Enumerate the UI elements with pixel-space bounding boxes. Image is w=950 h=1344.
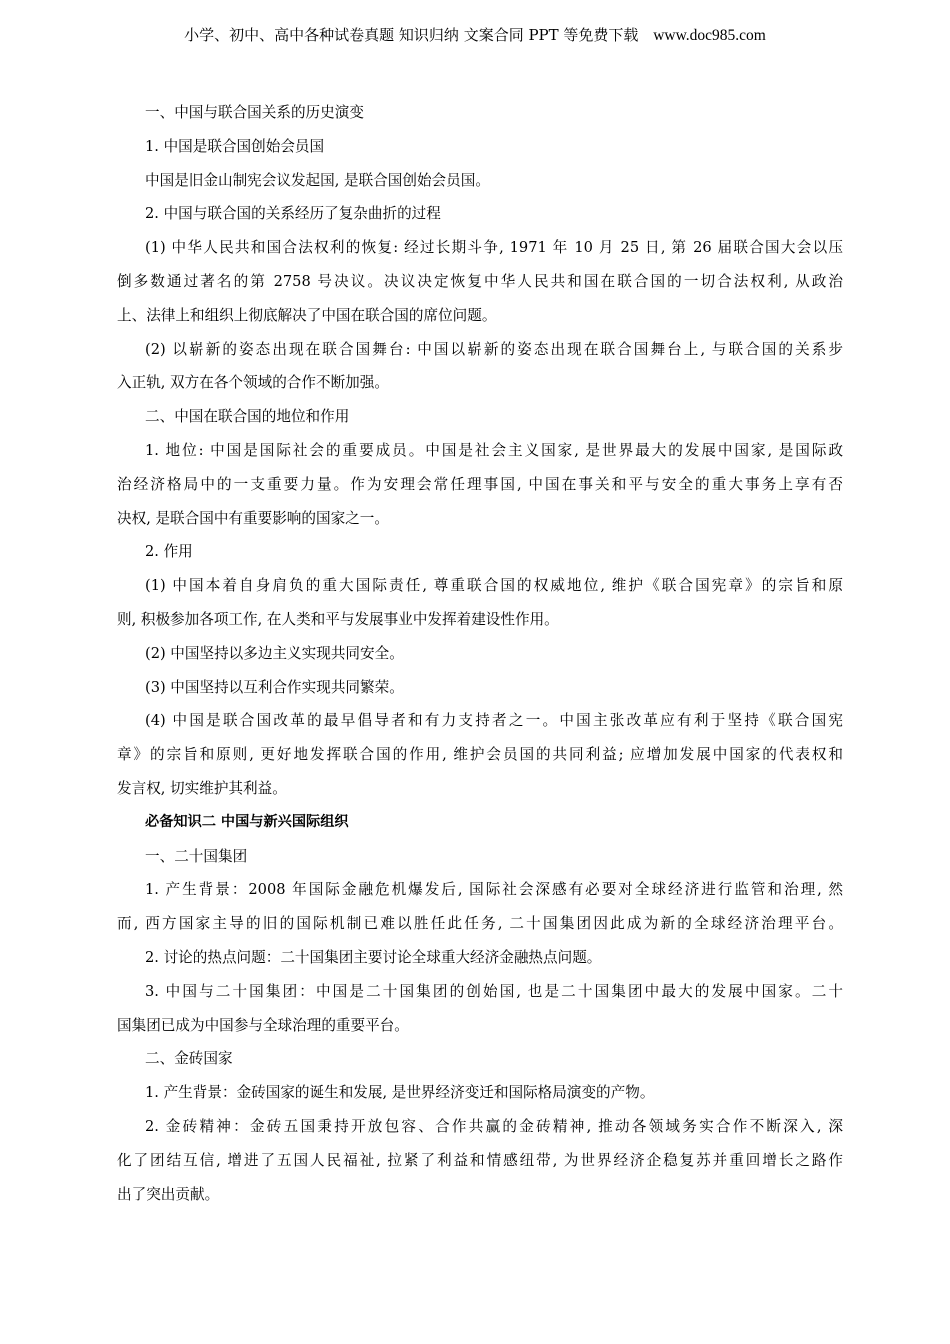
text-line: (2) 中国坚持以多边主义实现共同安全。 bbox=[117, 637, 843, 671]
text-line: 而, 西方国家主导的旧的国际机制已难以胜任此任务, 二十国集团因此成为新的全球经… bbox=[117, 907, 843, 941]
text-line: 3. 中国与二十国集团：中国是二十国集团的创始国, 也是二十国集团中最大的发展中… bbox=[117, 975, 843, 1009]
text-line: 1. 中国是联合国创始会员国 bbox=[117, 130, 843, 164]
text-line: 化了团结互信, 增进了五国人民福祉, 拉紧了利益和情感纽带, 为世界经济企稳复苏… bbox=[117, 1144, 843, 1178]
text-line: 二、中国在联合国的地位和作用 bbox=[117, 400, 843, 434]
text-line: 1. 地位: 中国是国际社会的重要成员。中国是社会主义国家, 是世界最大的发展中… bbox=[117, 434, 843, 468]
page-header: 小学、初中、高中各种试卷真题 知识归纳 文案合同 PPT 等免费下载 www.d… bbox=[0, 24, 950, 45]
header-banner: 小学、初中、高中各种试卷真题 知识归纳 文案合同 PPT 等免费下载 bbox=[184, 26, 638, 44]
text-line: 治经济格局中的一支重要力量。作为安理会常任理事国, 中国在事关和平与安全的重大事… bbox=[117, 468, 843, 502]
text-line: 则, 积极参加各项工作, 在人类和平与发展事业中发挥着建设性作用。 bbox=[117, 603, 843, 637]
text-line: 入正轨, 双方在各个领域的合作不断加强。 bbox=[117, 366, 843, 400]
text-line: 章》的宗旨和原则, 更好地发挥联合国的作用, 维护会员国的共同利益; 应增加发展… bbox=[117, 738, 843, 772]
document-body: 一、中国与联合国关系的历史演变1. 中国是联合国创始会员国中国是旧金山制宪会议发… bbox=[117, 96, 843, 1211]
section-heading: 必备知识二 中国与新兴国际组织 bbox=[117, 806, 843, 840]
text-line: 1. 产生背景：金砖国家的诞生和发展, 是世界经济变迁和国际格局演变的产物。 bbox=[117, 1076, 843, 1110]
text-line: 2. 讨论的热点问题：二十国集团主要讨论全球重大经济金融热点问题。 bbox=[117, 941, 843, 975]
text-line: (2) 以崭新的姿态出现在联合国舞台: 中国以崭新的姿态出现在联合国舞台上, 与… bbox=[117, 333, 843, 367]
text-line: (3) 中国坚持以互利合作实现共同繁荣。 bbox=[117, 671, 843, 705]
text-line: 倒多数通过著名的第 2758 号决议。决议决定恢复中华人民共和国在联合国的一切合… bbox=[117, 265, 843, 299]
text-line: (1) 中国本着自身肩负的重大国际责任, 尊重联合国的权威地位, 维护《联合国宪… bbox=[117, 569, 843, 603]
text-line: 一、中国与联合国关系的历史演变 bbox=[117, 96, 843, 130]
header-url: www.doc985.com bbox=[653, 27, 766, 44]
text-line: 出了突出贡献。 bbox=[117, 1178, 843, 1212]
text-line: 一、二十国集团 bbox=[117, 840, 843, 874]
text-line: 发言权, 切实维护其利益。 bbox=[117, 772, 843, 806]
text-line: 中国是旧金山制宪会议发起国, 是联合国创始会员国。 bbox=[117, 164, 843, 198]
text-line: 决权, 是联合国中有重要影响的国家之一。 bbox=[117, 502, 843, 536]
text-line: 上、法律上和组织上彻底解决了中国在联合国的席位问题。 bbox=[117, 299, 843, 333]
text-line: 二、金砖国家 bbox=[117, 1042, 843, 1076]
text-line: 2. 金砖精神：金砖五国秉持开放包容、合作共赢的金砖精神, 推动各领域务实合作不… bbox=[117, 1110, 843, 1144]
text-line: 2. 中国与联合国的关系经历了复杂曲折的过程 bbox=[117, 197, 843, 231]
text-line: 2. 作用 bbox=[117, 535, 843, 569]
text-line: 国集团已成为中国参与全球治理的重要平台。 bbox=[117, 1009, 843, 1043]
text-line: (1) 中华人民共和国合法权利的恢复: 经过长期斗争, 1971 年 10 月 … bbox=[117, 231, 843, 265]
text-line: (4) 中国是联合国改革的最早倡导者和有力支持者之一。中国主张改革应有利于坚持《… bbox=[117, 704, 843, 738]
text-line: 1. 产生背景：2008 年国际金融危机爆发后, 国际社会深感有必要对全球经济进… bbox=[117, 873, 843, 907]
